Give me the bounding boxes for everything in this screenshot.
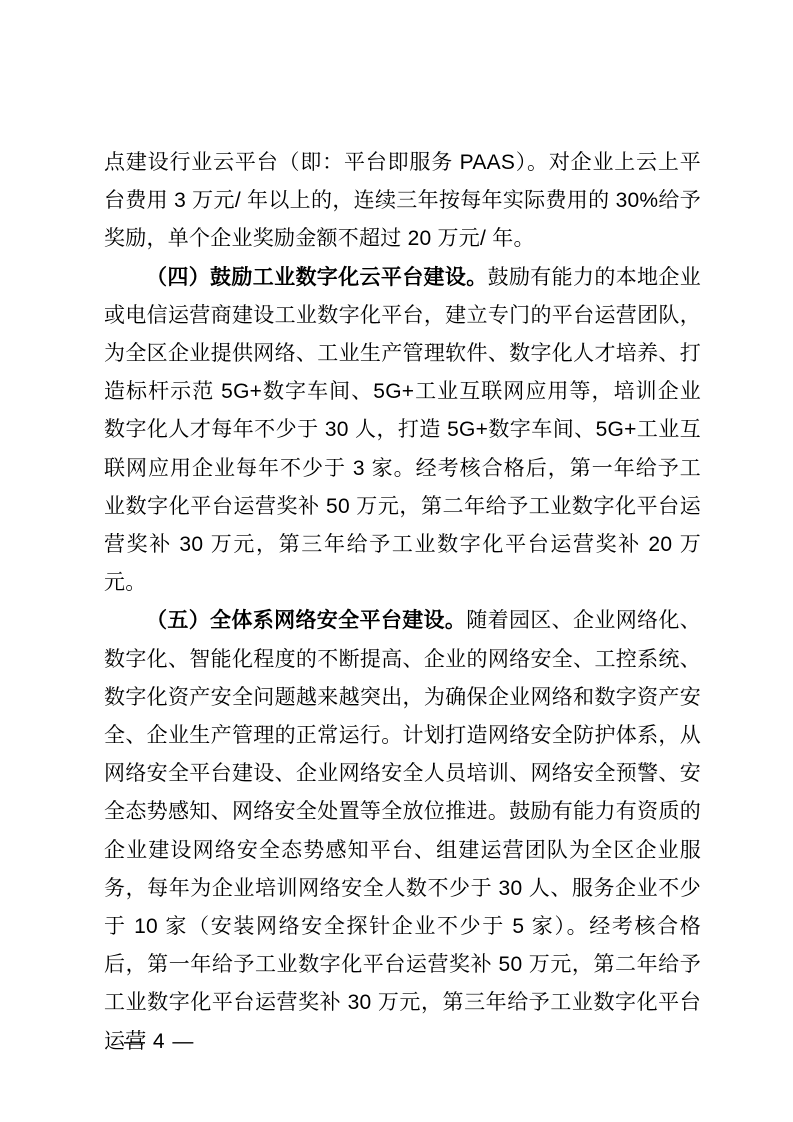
paragraph-section-4: （四）鼓励工业数字化云平台建设。鼓励有能力的本地企业或电信运营商建设工业数字化平… — [104, 259, 701, 603]
paragraph-text: 点建设行业云平台（即：平台即服务 PAAS）。对企业上云上平台费用 3 万元/ … — [104, 151, 701, 250]
body-text: 点建设行业云平台（即：平台即服务 PAAS）。对企业上云上平台费用 3 万元/ … — [104, 144, 701, 1061]
paragraph-continuation: 点建设行业云平台（即：平台即服务 PAAS）。对企业上云上平台费用 3 万元/ … — [104, 144, 701, 259]
document-page: 点建设行业云平台（即：平台即服务 PAAS）。对企业上云上平台费用 3 万元/ … — [0, 0, 793, 1122]
paragraph-section-5: （五）全体系网络安全平台建设。随着园区、企业网络化、数字化、智能化程度的不断提高… — [104, 602, 701, 1060]
page-number: — 4 — — [124, 1030, 194, 1054]
section-4-text: 鼓励有能力的本地企业或电信运营商建设工业数字化平台，建立专门的平台运营团队，为全… — [104, 266, 701, 595]
section-4-heading: （四）鼓励工业数字化云平台建设。 — [146, 266, 488, 289]
section-5-heading: （五）全体系网络安全平台建设。 — [146, 609, 466, 632]
section-5-text: 随着园区、企业网络化、数字化、智能化程度的不断提高、企业的网络安全、工控系统、数… — [104, 609, 701, 1052]
